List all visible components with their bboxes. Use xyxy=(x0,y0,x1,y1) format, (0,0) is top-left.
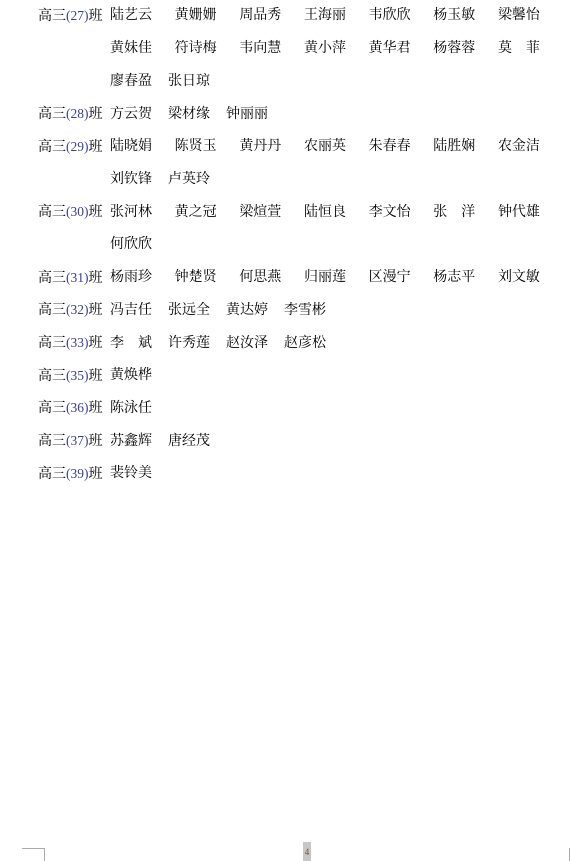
class-number: (37) xyxy=(66,433,89,448)
class-number: (30) xyxy=(66,204,89,219)
class-label-prefix: 高三 xyxy=(38,107,66,122)
name-line-group: 苏鑫辉唐经茂 xyxy=(110,435,540,449)
class-label-prefix: 高三 xyxy=(38,336,66,351)
student-name: 杨玉敏 xyxy=(433,9,475,23)
student-name: 梁材缘 xyxy=(168,108,210,122)
student-name: 陈泳任 xyxy=(110,402,152,416)
name-list-line: 高三(31)班杨雨珍钟楚贤何思燕归丽莲区漫宁杨志平刘文敏 xyxy=(0,262,571,295)
class-label: 高三(33)班 xyxy=(38,336,110,351)
class-label-prefix: 高三 xyxy=(38,140,66,155)
name-line-group: 何欣欣 xyxy=(110,238,540,252)
class-label: 高三(31)班 xyxy=(38,271,110,286)
page-margin-mark-bottom-left-vertical xyxy=(44,848,45,861)
student-name: 钟代雄 xyxy=(498,206,540,220)
class-label-suffix: 班 xyxy=(89,107,103,122)
class-number: (33) xyxy=(66,335,89,350)
student-name: 韦欣欣 xyxy=(369,9,411,23)
student-name: 刘钦锋 xyxy=(110,173,152,187)
student-name: 符诗梅 xyxy=(175,42,217,56)
name-list-line: 高三(32)班冯吉任张远全黄达婷李雪彬 xyxy=(0,294,571,327)
student-name: 黄姗姗 xyxy=(175,9,217,23)
student-name: 黄达婷 xyxy=(226,304,268,318)
student-name: 黄焕桦 xyxy=(110,369,152,383)
student-name: 张日琼 xyxy=(168,75,210,89)
class-number: (31) xyxy=(66,270,89,285)
student-name: 许秀莲 xyxy=(168,337,210,351)
name-list-line: 高三(36)班陈泳任 xyxy=(0,393,571,426)
class-label-suffix: 班 xyxy=(89,205,103,220)
student-name: 梁煊萱 xyxy=(239,206,281,220)
page-number-field[interactable]: 4 xyxy=(303,842,311,861)
student-name: 刘文敏 xyxy=(498,271,540,285)
student-name: 陆恒良 xyxy=(304,206,346,220)
class-label-suffix: 班 xyxy=(89,467,103,482)
name-line-group: 陆晓娟陈贤玉黄丹丹农丽英朱春春陆胜娴农金洁 xyxy=(110,140,540,154)
student-name: 钟丽丽 xyxy=(226,108,268,122)
student-name: 莫 菲 xyxy=(498,42,540,56)
student-name: 杨蓉蓉 xyxy=(433,42,475,56)
student-name: 卢英玲 xyxy=(168,173,210,187)
class-number: (39) xyxy=(66,466,89,481)
student-name: 冯吉任 xyxy=(110,304,152,318)
student-name: 黄丹丹 xyxy=(239,140,281,154)
student-name: 黄之冠 xyxy=(175,206,217,220)
class-number: (27) xyxy=(66,8,89,23)
student-name: 陆胜娴 xyxy=(433,140,475,154)
name-line-group: 黄焕桦 xyxy=(110,369,540,383)
name-list-line: 高三(33)班李 斌许秀莲赵汝泽赵彦松 xyxy=(0,327,571,360)
class-label-prefix: 高三 xyxy=(38,303,66,318)
class-number: (35) xyxy=(66,368,89,383)
student-name: 陆艺云 xyxy=(110,9,152,23)
class-label-suffix: 班 xyxy=(89,401,103,416)
student-name: 陆晓娟 xyxy=(110,140,152,154)
student-name: 钟楚贤 xyxy=(175,271,217,285)
page-margin-mark-bottom-left-horizontal xyxy=(22,848,45,849)
class-label: 高三(32)班 xyxy=(38,303,110,318)
class-number: (28) xyxy=(66,106,89,121)
class-label-prefix: 高三 xyxy=(38,9,66,24)
student-name: 黄妹佳 xyxy=(110,42,152,56)
student-name: 李 斌 xyxy=(110,337,152,351)
student-name: 周品秀 xyxy=(239,9,281,23)
class-label-prefix: 高三 xyxy=(38,401,66,416)
name-line-group: 陈泳任 xyxy=(110,402,540,416)
student-name: 方云贺 xyxy=(110,108,152,122)
student-name: 苏鑫辉 xyxy=(110,435,152,449)
class-label-suffix: 班 xyxy=(89,369,103,384)
student-name: 张 洋 xyxy=(433,206,475,220)
name-line-group: 李 斌许秀莲赵汝泽赵彦松 xyxy=(110,337,540,351)
name-list-line: 高三(30)班张河林黄之冠梁煊萱陆恒良李文怡张 洋钟代雄 xyxy=(0,196,571,229)
student-name: 赵彦松 xyxy=(284,337,326,351)
class-label: 高三(30)班 xyxy=(38,205,110,220)
student-name: 陈贤玉 xyxy=(175,140,217,154)
name-list-line: 高三(29)班陆晓娟陈贤玉黄丹丹农丽英朱春春陆胜娴农金洁 xyxy=(0,131,571,164)
class-label: 高三(35)班 xyxy=(38,369,110,384)
student-name: 梁馨怡 xyxy=(498,9,540,23)
class-label-prefix: 高三 xyxy=(38,205,66,220)
student-name: 李雪彬 xyxy=(284,304,326,318)
class-number: (29) xyxy=(66,139,89,154)
student-name: 归丽莲 xyxy=(304,271,346,285)
student-name: 赵汝泽 xyxy=(226,337,268,351)
class-number: (36) xyxy=(66,400,89,415)
student-name-list: 高三(27)班陆艺云黄姗姗周品秀王海丽韦欣欣杨玉敏梁馨怡黄妹佳符诗梅韦向慧黄小萍… xyxy=(0,0,571,491)
class-label: 高三(37)班 xyxy=(38,434,110,449)
name-line-group: 张河林黄之冠梁煊萱陆恒良李文怡张 洋钟代雄 xyxy=(110,206,540,220)
name-list-line: 高三(28)班方云贺梁材缘钟丽丽 xyxy=(0,98,571,131)
name-line-group: 刘钦锋卢英玲 xyxy=(110,173,540,187)
page-number-digit: 4 xyxy=(305,847,310,857)
student-name: 李文怡 xyxy=(369,206,411,220)
name-list-line: 高三(39)班裴铃美 xyxy=(0,458,571,491)
name-line-group: 冯吉任张远全黄达婷李雪彬 xyxy=(110,304,540,318)
class-label-prefix: 高三 xyxy=(38,434,66,449)
student-name: 张河林 xyxy=(110,206,152,220)
class-label-suffix: 班 xyxy=(89,271,103,286)
name-line-group: 杨雨珍钟楚贤何思燕归丽莲区漫宁杨志平刘文敏 xyxy=(110,271,540,285)
name-line-group: 方云贺梁材缘钟丽丽 xyxy=(110,108,540,122)
class-label: 高三(28)班 xyxy=(38,107,110,122)
student-name: 何欣欣 xyxy=(110,238,152,252)
class-label-suffix: 班 xyxy=(89,9,103,24)
student-name: 区漫宁 xyxy=(369,271,411,285)
class-label-suffix: 班 xyxy=(89,336,103,351)
name-list-line: 黄妹佳符诗梅韦向慧黄小萍黄华君杨蓉蓉莫 菲 xyxy=(0,33,571,66)
student-name: 朱春春 xyxy=(369,140,411,154)
class-label-suffix: 班 xyxy=(89,434,103,449)
name-list-line: 高三(35)班黄焕桦 xyxy=(0,360,571,393)
student-name: 黄小萍 xyxy=(304,42,346,56)
student-name: 农丽英 xyxy=(304,140,346,154)
class-number: (32) xyxy=(66,302,89,317)
document-page: 高三(27)班陆艺云黄姗姗周品秀王海丽韦欣欣杨玉敏梁馨怡黄妹佳符诗梅韦向慧黄小萍… xyxy=(0,0,571,861)
student-name: 王海丽 xyxy=(304,9,346,23)
student-name: 黄华君 xyxy=(369,42,411,56)
class-label: 高三(27)班 xyxy=(38,9,110,24)
class-label: 高三(39)班 xyxy=(38,467,110,482)
name-line-group: 陆艺云黄姗姗周品秀王海丽韦欣欣杨玉敏梁馨怡 xyxy=(110,9,540,23)
class-label-prefix: 高三 xyxy=(38,467,66,482)
class-label-prefix: 高三 xyxy=(38,369,66,384)
name-list-line: 廖春盈张日琼 xyxy=(0,65,571,98)
student-name: 韦向慧 xyxy=(239,42,281,56)
student-name: 廖春盈 xyxy=(110,75,152,89)
student-name: 杨雨珍 xyxy=(110,271,152,285)
name-list-line: 高三(37)班苏鑫辉唐经茂 xyxy=(0,425,571,458)
name-line-group: 裴铃美 xyxy=(110,467,540,481)
name-line-group: 廖春盈张日琼 xyxy=(110,75,540,89)
student-name: 杨志平 xyxy=(433,271,475,285)
name-line-group: 黄妹佳符诗梅韦向慧黄小萍黄华君杨蓉蓉莫 菲 xyxy=(110,42,540,56)
student-name: 唐经茂 xyxy=(168,435,210,449)
class-label-prefix: 高三 xyxy=(38,271,66,286)
name-list-line: 高三(27)班陆艺云黄姗姗周品秀王海丽韦欣欣杨玉敏梁馨怡 xyxy=(0,0,571,33)
class-label: 高三(36)班 xyxy=(38,401,110,416)
name-list-line: 何欣欣 xyxy=(0,229,571,262)
student-name: 何思燕 xyxy=(239,271,281,285)
class-label-suffix: 班 xyxy=(89,303,103,318)
student-name: 农金洁 xyxy=(498,140,540,154)
class-label-suffix: 班 xyxy=(89,140,103,155)
name-list-line: 刘钦锋卢英玲 xyxy=(0,164,571,197)
student-name: 裴铃美 xyxy=(110,467,152,481)
page-margin-mark-bottom-right-vertical xyxy=(569,848,570,861)
class-label: 高三(29)班 xyxy=(38,140,110,155)
student-name: 张远全 xyxy=(168,304,210,318)
